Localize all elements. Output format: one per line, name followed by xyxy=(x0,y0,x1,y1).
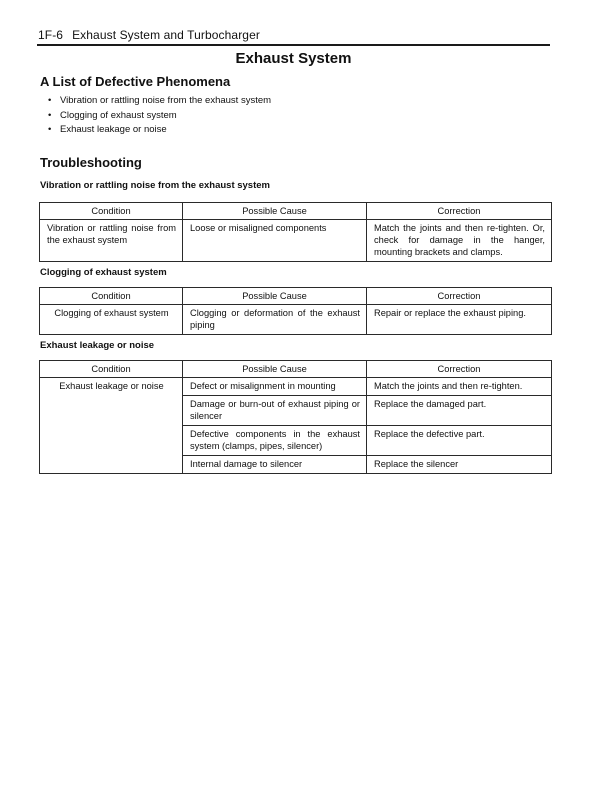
table-header-row: Condition Possible Cause Correction xyxy=(40,361,552,378)
cause-cell: Damage or burn-out of exhaust piping or … xyxy=(183,396,367,426)
cause-cell: Internal damage to silencer xyxy=(183,456,367,474)
troubleshooting-table-vibration: Condition Possible Cause Correction Vibr… xyxy=(39,202,552,262)
correction-cell: Match the joints and then re-tighten. Or… xyxy=(367,220,552,262)
column-header-correction: Correction xyxy=(367,203,552,220)
header-rule xyxy=(37,44,550,46)
cause-cell: Clogging or deformation of the exhaust p… xyxy=(183,305,367,335)
list-item: Clogging of exhaust system xyxy=(48,109,271,124)
defective-phenomena-list: Vibration or rattling noise from the exh… xyxy=(48,94,271,138)
column-header-condition: Condition xyxy=(40,288,183,305)
table-row: Exhaust leakage or noise Defect or misal… xyxy=(40,378,552,396)
condition-cell: Exhaust leakage or noise xyxy=(40,378,183,474)
defective-phenomena-heading: A List of Defective Phenomena xyxy=(40,74,230,89)
table-header-row: Condition Possible Cause Correction xyxy=(40,203,552,220)
section-title: Exhaust System xyxy=(37,50,550,67)
table-title: Vibration or rattling noise from the exh… xyxy=(40,180,270,191)
table-header-row: Condition Possible Cause Correction xyxy=(40,288,552,305)
condition-cell: Vibration or rattling noise from the exh… xyxy=(40,220,183,262)
cause-cell: Defective components in the exhaust syst… xyxy=(183,426,367,456)
correction-cell: Match the joints and then re-tighten. xyxy=(367,378,552,396)
correction-cell: Replace the defective part. xyxy=(367,426,552,456)
table-row: Vibration or rattling noise from the exh… xyxy=(40,220,552,262)
correction-cell: Repair or replace the exhaust piping. xyxy=(367,305,552,335)
page-header: 1F-6Exhaust System and Turbocharger xyxy=(38,28,260,42)
correction-cell: Replace the silencer xyxy=(367,456,552,474)
table-title: Clogging of exhaust system xyxy=(40,267,167,278)
page-number: 1F-6 xyxy=(38,28,63,42)
list-item: Exhaust leakage or noise xyxy=(48,123,271,138)
cause-cell: Loose or misaligned components xyxy=(183,220,367,262)
column-header-cause: Possible Cause xyxy=(183,288,367,305)
column-header-correction: Correction xyxy=(367,361,552,378)
condition-cell: Clogging of exhaust system xyxy=(40,305,183,335)
troubleshooting-table-clogging: Condition Possible Cause Correction Clog… xyxy=(39,287,552,335)
column-header-correction: Correction xyxy=(367,288,552,305)
correction-cell: Replace the damaged part. xyxy=(367,396,552,426)
column-header-cause: Possible Cause xyxy=(183,361,367,378)
chapter-title: Exhaust System and Turbocharger xyxy=(72,28,260,42)
table-title: Exhaust leakage or noise xyxy=(40,340,154,351)
table-row: Clogging of exhaust system Clogging or d… xyxy=(40,305,552,335)
troubleshooting-table-leakage: Condition Possible Cause Correction Exha… xyxy=(39,360,552,474)
column-header-condition: Condition xyxy=(40,203,183,220)
troubleshooting-heading: Troubleshooting xyxy=(40,155,142,170)
list-item: Vibration or rattling noise from the exh… xyxy=(48,94,271,109)
cause-cell: Defect or misalignment in mounting xyxy=(183,378,367,396)
column-header-condition: Condition xyxy=(40,361,183,378)
column-header-cause: Possible Cause xyxy=(183,203,367,220)
